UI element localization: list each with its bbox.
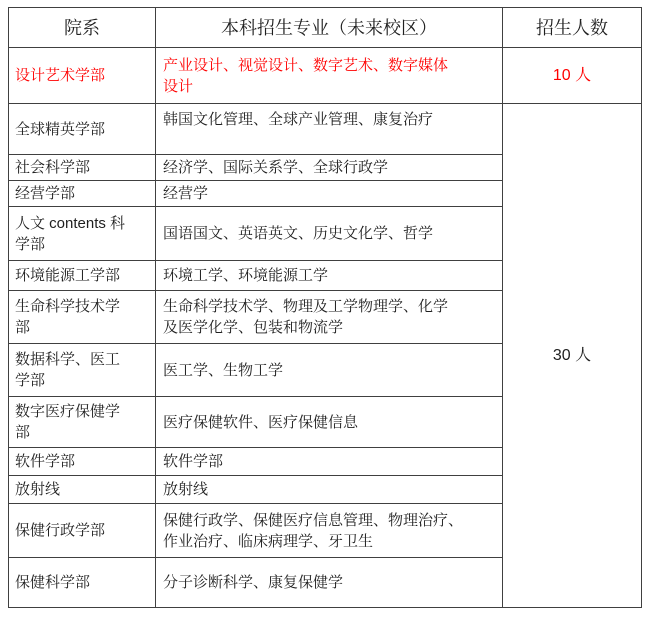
dept-cell: 数据科学、医工 学部: [9, 344, 156, 397]
majors-cell: 分子诊断科学、康复保健学: [156, 558, 503, 608]
majors-cell: 软件学部: [156, 448, 503, 476]
dept-cell: 软件学部: [9, 448, 156, 476]
dept-cell: 经营学部: [9, 181, 156, 207]
dept-cell: 保健科学部: [9, 558, 156, 608]
majors-cell: 环境工学、环境能源工学: [156, 261, 503, 291]
majors-cell: 保健行政学、保健医疗信息管理、物理治疗、 作业治疗、临床病理学、牙卫生: [156, 504, 503, 558]
majors-cell: 产业设计、视觉设计、数字艺术、数字媒体 设计: [156, 48, 503, 104]
dept-cell: 人文 contents 科 学部: [9, 207, 156, 261]
count-cell-30-merged: 30 人: [503, 104, 642, 608]
dept-cell: 社会科学部: [9, 155, 156, 181]
majors-cell: 医疗保健软件、医疗保健信息: [156, 397, 503, 448]
dept-cell: 保健行政学部: [9, 504, 156, 558]
dept-cell: 环境能源工学部: [9, 261, 156, 291]
document-page: 院系 本科招生专业（未来校区） 招生人数 设计艺术学部 产业设计、视觉设计、数字…: [0, 0, 649, 608]
majors-cell: 医工学、生物工学: [156, 344, 503, 397]
table-row: 设计艺术学部 产业设计、视觉设计、数字艺术、数字媒体 设计 10 人: [9, 48, 642, 104]
header-cell-department: 院系: [9, 8, 156, 48]
dept-cell: 数字医疗保健学 部: [9, 397, 156, 448]
admissions-table: 院系 本科招生专业（未来校区） 招生人数 设计艺术学部 产业设计、视觉设计、数字…: [8, 7, 642, 608]
dept-cell: 全球精英学部: [9, 104, 156, 155]
header-row: 院系 本科招生专业（未来校区） 招生人数: [9, 8, 642, 48]
majors-cell: 国语国文、英语英文、历史文化学、哲学: [156, 207, 503, 261]
header-cell-count: 招生人数: [503, 8, 642, 48]
dept-cell: 设计艺术学部: [9, 48, 156, 104]
count-cell-10: 10 人: [503, 48, 642, 104]
dept-cell: 放射线: [9, 476, 156, 504]
majors-cell: 生命科学技术学、物理及工学物理学、化学 及医学化学、包装和物流学: [156, 291, 503, 344]
majors-cell: 经营学: [156, 181, 503, 207]
majors-cell: 放射线: [156, 476, 503, 504]
header-cell-majors: 本科招生专业（未来校区）: [156, 8, 503, 48]
majors-cell: 经济学、国际关系学、全球行政学: [156, 155, 503, 181]
majors-cell: 韩国文化管理、全球产业管理、康复治疗: [156, 104, 503, 155]
dept-cell: 生命科学技术学 部: [9, 291, 156, 344]
table-row: 全球精英学部 韩国文化管理、全球产业管理、康复治疗 30 人: [9, 104, 642, 155]
